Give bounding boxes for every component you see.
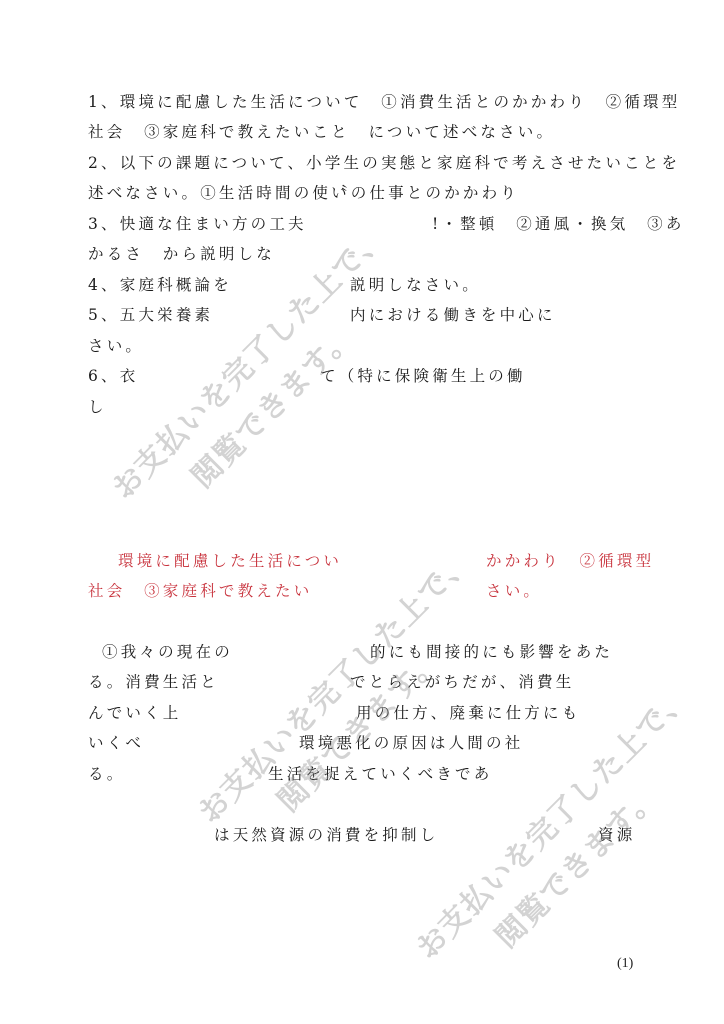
text-segment: 用の仕方、廃棄に仕方にも [356, 703, 580, 723]
text-segment: 2、以下の課題について、小学生の実態と家庭科で考えさせたいことを [88, 153, 680, 173]
text-segment: 環境に配慮した生活につい [118, 551, 342, 571]
text-segment: る。 [88, 764, 125, 784]
text-segment: 6、衣 [88, 366, 138, 386]
text-segment: 環境悪化の原因は人間の社 [299, 733, 523, 753]
text-segment: 社会 ③家庭科で教えたいこと について述べなさい。 [88, 122, 555, 142]
text-segment: かかわり ②循環型 [486, 551, 654, 571]
text-segment: 4、家庭科概論を [88, 275, 232, 295]
text-segment: は天然資源の消費を抑制し [214, 825, 438, 845]
text-segment: でとらえがちだが、消費生 [350, 672, 574, 692]
text-segment: んでいく上 [88, 703, 182, 723]
text-segment: 5、五大栄養素 [88, 305, 213, 325]
text-segment: 1、環境に配慮した生活について ①消費生活とのかかわり ②循環型 [88, 92, 680, 112]
text-segment: さい。 [88, 336, 144, 356]
text-segment: 〝の仕事とのかかわり [332, 183, 519, 203]
text-segment: 内における働きを中心に [350, 305, 556, 325]
text-segment: 生活を捉えていくべきであ [268, 764, 492, 784]
text-segment: て（特に保険衛生上の働 [320, 366, 526, 386]
text-segment: し [88, 397, 107, 417]
page-number: (1) [617, 956, 633, 972]
text-segment: 説明しなさい。 [350, 275, 481, 295]
text-segment: 資源 [598, 825, 635, 845]
text-segment: さい。 [486, 581, 542, 601]
text-segment: 的にも間接的にも影響をあた [370, 642, 613, 662]
text-segment: ①我々の現在の [102, 642, 233, 662]
text-segment: かるさ から説明しな [88, 244, 275, 264]
text-segment: 3、快適な住まい方の工夫 [88, 214, 307, 234]
text-segment: いくべ [88, 733, 144, 753]
text-segment: 社会 ③家庭科で教えたい [88, 581, 312, 601]
text-segment: る。消費生活と [88, 672, 219, 692]
text-segment: 述べなさい。①生活時間の使い [88, 183, 350, 203]
text-segment: !・整頓 ②通風・換気 ③あ [432, 214, 685, 234]
